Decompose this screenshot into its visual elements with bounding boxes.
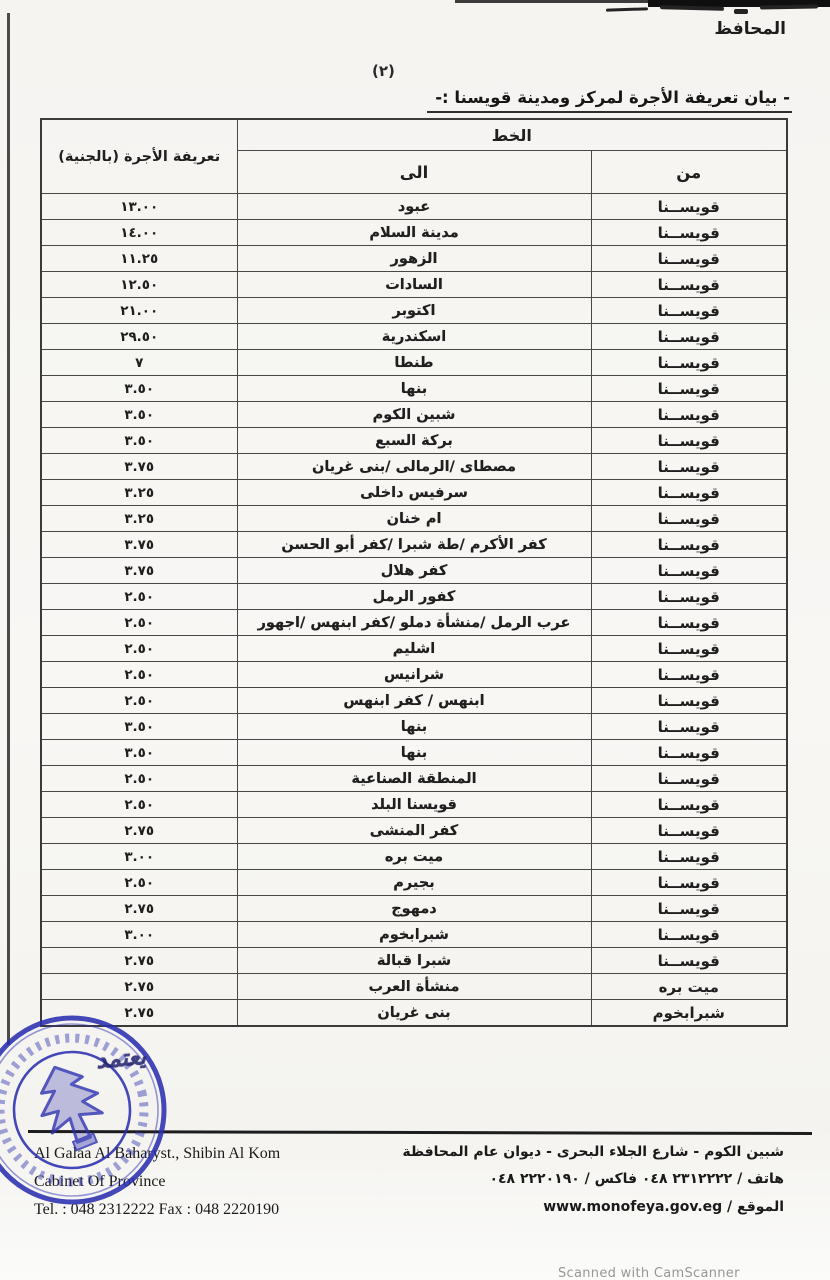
table-row: قويســنا شبرابخوم ٣.٠٠ <box>41 922 787 948</box>
page-number: (٢) <box>372 62 395 80</box>
fare-table-body: قويســنا عبود ١٣.٠٠ قويســنا مدينة السلا… <box>41 194 787 1027</box>
cell-to: شبرابخوم <box>237 922 591 948</box>
cell-to: دمهوج <box>237 896 591 922</box>
cell-to: اكتوبر <box>237 298 591 324</box>
cell-from: قويســنا <box>591 922 787 948</box>
table-row: قويســنا اسكندرية ٢٩.٥٠ <box>41 324 787 350</box>
cell-from: قويســنا <box>591 506 787 532</box>
cell-from: قويســنا <box>591 818 787 844</box>
cell-to: شبين الكوم <box>237 402 591 428</box>
cell-fare: ٢.٧٥ <box>41 818 237 844</box>
cell-to: شرانيس <box>237 662 591 688</box>
table-row: قويســنا قويسنا البلد ٢.٥٠ <box>41 792 787 818</box>
cell-fare: ٣.٥٠ <box>41 402 237 428</box>
cell-fare: ٢.٥٠ <box>41 610 237 636</box>
table-row: شبرابخوم بنى غريان ٢.٧٥ <box>41 1000 787 1027</box>
cell-from: قويســنا <box>591 480 787 506</box>
cell-from: قويســنا <box>591 324 787 350</box>
table-row: قويســنا عرب الرمل /منشأة دملو /كفر ابنه… <box>41 610 787 636</box>
cell-fare: ٣.٥٠ <box>41 376 237 402</box>
table-row: قويســنا ام خنان ٣.٢٥ <box>41 506 787 532</box>
cell-from: قويســنا <box>591 584 787 610</box>
table-row: قويســنا طنطا ٧ <box>41 350 787 376</box>
cell-from: قويســنا <box>591 688 787 714</box>
cell-to: اسكندرية <box>237 324 591 350</box>
cell-to: كفر المنشى <box>237 818 591 844</box>
cell-to: بجيرم <box>237 870 591 896</box>
cell-fare: ١٣.٠٠ <box>41 194 237 220</box>
cell-fare: ٣.٥٠ <box>41 428 237 454</box>
cell-from: قويســنا <box>591 662 787 688</box>
cell-fare: ٣.٥٠ <box>41 740 237 766</box>
cell-to: قويسنا البلد <box>237 792 591 818</box>
table-row: قويســنا شبين الكوم ٣.٥٠ <box>41 402 787 428</box>
table-row: قويســنا دمهوج ٢.٧٥ <box>41 896 787 922</box>
cell-from: قويســنا <box>591 896 787 922</box>
table-row: قويســنا شبرا قبالة ٢.٧٥ <box>41 948 787 974</box>
fare-table-header: الخط تعريفة الأجرة (بالجنية) من الى <box>41 119 787 194</box>
governor-label: المحافظ <box>714 19 786 39</box>
cell-to: مصطاى /الرمالى /بنى غريان <box>237 454 591 480</box>
cell-from: قويســنا <box>591 766 787 792</box>
cell-fare: ٢.٥٠ <box>41 584 237 610</box>
cell-to: سرفيس داخلى <box>237 480 591 506</box>
cell-fare: ٢.٥٠ <box>41 662 237 688</box>
cell-fare: ٢.٧٥ <box>41 948 237 974</box>
cell-to: عبود <box>237 194 591 220</box>
cell-to: كفر هلال <box>237 558 591 584</box>
cell-fare: ٢.٥٠ <box>41 792 237 818</box>
cell-to: ابنهس / كفر ابنهس <box>237 688 591 714</box>
cell-to: بنى غريان <box>237 1000 591 1027</box>
cell-from: قويســنا <box>591 298 787 324</box>
ink-mark <box>760 4 818 9</box>
cell-to: بنها <box>237 376 591 402</box>
cell-from: قويســنا <box>591 246 787 272</box>
cell-from: شبرابخوم <box>591 1000 787 1027</box>
cell-to: بنها <box>237 740 591 766</box>
cell-from: قويســنا <box>591 532 787 558</box>
cell-from: قويســنا <box>591 454 787 480</box>
cell-to: مدينة السلام <box>237 220 591 246</box>
cell-fare: ٣.٧٥ <box>41 454 237 480</box>
cell-from: قويســنا <box>591 194 787 220</box>
cell-to: اشليم <box>237 636 591 662</box>
cell-to: ام خنان <box>237 506 591 532</box>
table-row: ميت بره منشأة العرب ٢.٧٥ <box>41 974 787 1000</box>
scan-edge-left <box>7 13 10 1045</box>
handwritten-approval: يعتمد <box>95 1044 147 1074</box>
table-row: قويســنا كفر هلال ٣.٧٥ <box>41 558 787 584</box>
cell-from: قويســنا <box>591 558 787 584</box>
cell-fare: ٣.٧٥ <box>41 558 237 584</box>
cell-to: كفر الأكرم /طة شبرا /كفر أبو الحسن <box>237 532 591 558</box>
cell-fare: ١١.٢٥ <box>41 246 237 272</box>
cell-to: ميت بره <box>237 844 591 870</box>
cell-to: طنطا <box>237 350 591 376</box>
ink-mark <box>606 7 648 11</box>
table-row: قويســنا كفر الأكرم /طة شبرا /كفر أبو ال… <box>41 532 787 558</box>
cell-fare: ٣.٢٥ <box>41 480 237 506</box>
cell-from: قويســنا <box>591 740 787 766</box>
cell-fare: ٢١.٠٠ <box>41 298 237 324</box>
ink-mark <box>660 5 724 11</box>
table-row: قويســنا ابنهس / كفر ابنهس ٢.٥٠ <box>41 688 787 714</box>
table-row: قويســنا مدينة السلام ١٤.٠٠ <box>41 220 787 246</box>
cell-from: قويســنا <box>591 350 787 376</box>
cell-fare: ٢٩.٥٠ <box>41 324 237 350</box>
camscanner-watermark: Scanned with CamScanner <box>558 1266 740 1280</box>
cell-fare: ٢.٥٠ <box>41 688 237 714</box>
footer-ar-line2: هاتف / ٢٣١٢٢٢٢ ٠٤٨ فاكس / ٢٢٢٠١٩٠ ٠٤٨ <box>402 1166 784 1193</box>
cell-fare: ٢.٥٠ <box>41 870 237 896</box>
table-row: قويســنا كفور الرمل ٢.٥٠ <box>41 584 787 610</box>
cell-to: بنها <box>237 714 591 740</box>
cell-from: قويســنا <box>591 870 787 896</box>
table-row: قويســنا اشليم ٢.٥٠ <box>41 636 787 662</box>
table-row: قويســنا بنها ٣.٥٠ <box>41 376 787 402</box>
cell-from: قويســنا <box>591 376 787 402</box>
table-row: قويســنا كفر المنشى ٢.٧٥ <box>41 818 787 844</box>
cell-to: شبرا قبالة <box>237 948 591 974</box>
cell-to: عرب الرمل /منشأة دملو /كفر ابنهس /اجهور <box>237 610 591 636</box>
ink-mark <box>734 9 748 14</box>
cell-fare: ٣.٢٥ <box>41 506 237 532</box>
cell-fare: ٣.٠٠ <box>41 922 237 948</box>
cell-from: قويســنا <box>591 714 787 740</box>
table-row: قويســنا ميت بره ٣.٠٠ <box>41 844 787 870</box>
table-row: قويســنا مصطاى /الرمالى /بنى غريان ٣.٧٥ <box>41 454 787 480</box>
table-row: قويســنا الزهور ١١.٢٥ <box>41 246 787 272</box>
table-row: قويســنا السادات ١٢.٥٠ <box>41 272 787 298</box>
column-header-from: من <box>591 151 787 194</box>
cell-to: بركة السبع <box>237 428 591 454</box>
table-row: قويســنا بركة السبع ٣.٥٠ <box>41 428 787 454</box>
cell-from: قويســنا <box>591 428 787 454</box>
table-row: قويســنا بنها ٣.٥٠ <box>41 740 787 766</box>
document-title: - بيان تعريفة الأجرة لمركز ومدينة قويسنا… <box>427 88 792 113</box>
footer-address-ar: شبين الكوم - شارع الجلاء البحرى - ديوان … <box>402 1139 784 1221</box>
cell-from: ميت بره <box>591 974 787 1000</box>
cell-from: قويســنا <box>591 792 787 818</box>
scanned-fare-tariff-document: { "header": { "top_label": "المحافظ", "p… <box>0 0 830 1280</box>
cutoff-ink-marks <box>602 5 827 17</box>
cell-to: الزهور <box>237 246 591 272</box>
cell-to: المنطقة الصناعية <box>237 766 591 792</box>
table-row: قويســنا اكتوبر ٢١.٠٠ <box>41 298 787 324</box>
cell-fare: ١٤.٠٠ <box>41 220 237 246</box>
cell-fare: ٢.٧٥ <box>41 896 237 922</box>
cell-fare: ٣.٠٠ <box>41 844 237 870</box>
cell-from: قويســنا <box>591 402 787 428</box>
footer-ar-line1: شبين الكوم - شارع الجلاء البحرى - ديوان … <box>402 1139 784 1166</box>
table-row: قويســنا بجيرم ٢.٥٠ <box>41 870 787 896</box>
table-row: قويســنا المنطقة الصناعية ٢.٥٠ <box>41 766 787 792</box>
table-row: قويســنا بنها ٣.٥٠ <box>41 714 787 740</box>
cell-from: قويســنا <box>591 610 787 636</box>
cell-fare: ٧ <box>41 350 237 376</box>
cell-from: قويســنا <box>591 948 787 974</box>
column-header-line: الخط <box>237 119 787 151</box>
footer-ar-line3: الموقع / www.monofeya.gov.eg <box>402 1194 784 1221</box>
cell-fare: ١٢.٥٠ <box>41 272 237 298</box>
table-row: قويســنا شرانيس ٢.٥٠ <box>41 662 787 688</box>
cell-from: قويســنا <box>591 636 787 662</box>
fare-table: الخط تعريفة الأجرة (بالجنية) من الى قويس… <box>40 118 788 1027</box>
cell-from: قويســنا <box>591 220 787 246</box>
table-row: قويســنا سرفيس داخلى ٣.٢٥ <box>41 480 787 506</box>
cell-to: كفور الرمل <box>237 584 591 610</box>
cell-to: السادات <box>237 272 591 298</box>
table-row: قويســنا عبود ١٣.٠٠ <box>41 194 787 220</box>
cell-from: قويســنا <box>591 272 787 298</box>
cell-fare: ٣.٧٥ <box>41 532 237 558</box>
cell-fare: ٢.٥٠ <box>41 766 237 792</box>
column-header-to: الى <box>237 151 591 194</box>
cell-fare: ٢.٥٠ <box>41 636 237 662</box>
cell-from: قويســنا <box>591 844 787 870</box>
cell-to: منشأة العرب <box>237 974 591 1000</box>
column-header-fare: تعريفة الأجرة (بالجنية) <box>41 119 237 194</box>
cell-fare: ٣.٥٠ <box>41 714 237 740</box>
